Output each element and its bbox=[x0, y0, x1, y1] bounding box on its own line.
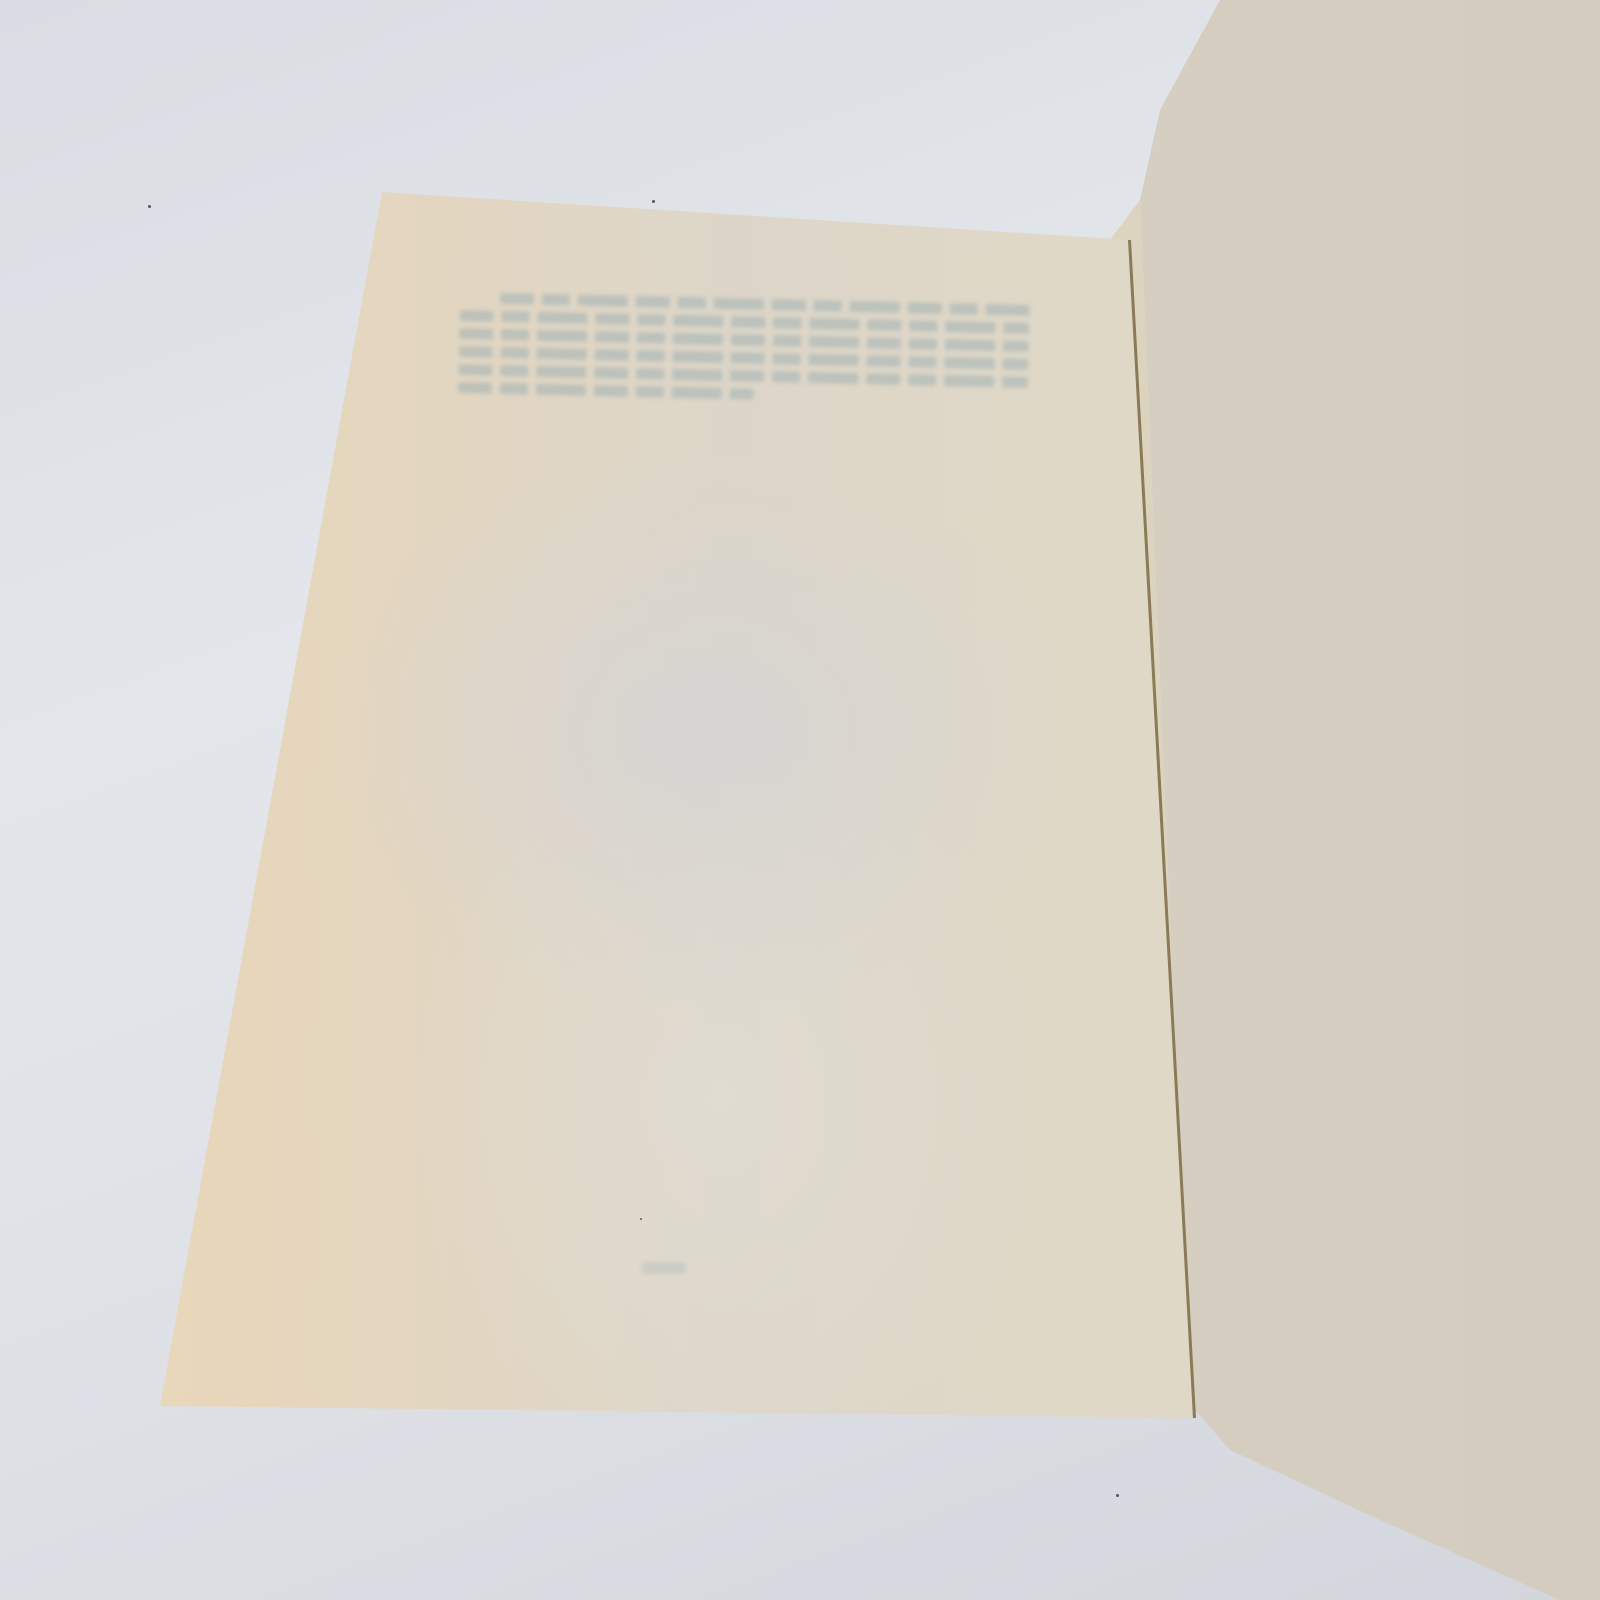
text-line bbox=[458, 382, 755, 400]
dust-speck bbox=[1116, 1494, 1119, 1497]
dust-speck bbox=[652, 200, 655, 203]
photo-scene: Faint bleed-through paragraph at top of … bbox=[0, 0, 1600, 1600]
page-number bbox=[642, 1262, 686, 1274]
dust-speck bbox=[640, 1218, 642, 1220]
bleed-through-paragraph: Faint bleed-through paragraph at top of … bbox=[458, 292, 1030, 413]
dust-speck bbox=[148, 205, 151, 208]
